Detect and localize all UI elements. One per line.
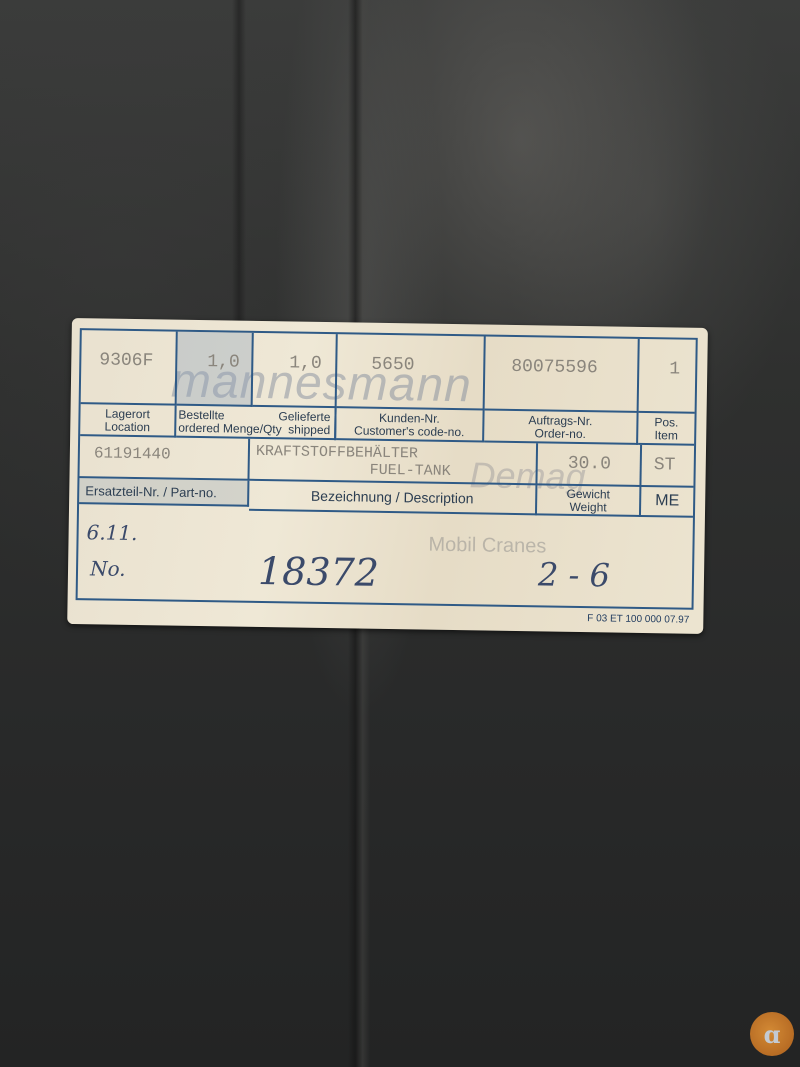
location-cell: 9306F	[81, 330, 178, 405]
handwritten-number: 18372	[258, 549, 380, 595]
weight-caption: Gewicht Weight	[537, 487, 639, 515]
unit-cell: ST	[641, 445, 694, 488]
weight-cell: 30.0	[537, 443, 642, 487]
handwritten-date: 6.11.	[86, 520, 137, 545]
customer-code-cell: 5650	[337, 334, 486, 410]
item-caption-cell: Pos. Item	[638, 413, 694, 446]
order-no-cell: 80075596	[485, 337, 640, 413]
part-no-caption: Ersatzteil-Nr. / Part-no.	[85, 484, 217, 499]
description-caption-cell: Bezeichnung / Description	[249, 481, 537, 516]
shipped-caption: Gelieferte shipped	[278, 410, 330, 437]
location-value: 9306F	[99, 350, 153, 371]
shipped-value: 1,0	[289, 353, 322, 374]
form-code: F 03 ET 100 000 07.97	[587, 613, 689, 626]
ordered-qty-value: 1,0	[207, 352, 240, 373]
customer-code-caption-cell: Kunden-Nr. Customer's code-no.	[336, 408, 484, 442]
part-no-value: 61191440	[94, 444, 171, 463]
description-cell: KRAFTSTOFFBEHÄLTER FUEL-TANK	[249, 439, 538, 486]
label-grid: 9306F 1,0 1,0 5650 80075596 1 Lagerort L…	[76, 328, 698, 610]
item-value: 1	[669, 359, 680, 379]
order-no-caption: Auftrags-Nr. Order-no.	[484, 413, 636, 441]
location-caption: Lagerort Location	[80, 407, 174, 434]
location-caption-cell: Lagerort Location	[80, 404, 176, 438]
unit-caption-cell: ME	[641, 487, 693, 518]
weight-caption-cell: Gewicht Weight	[537, 485, 641, 517]
shipped-cell: 1,0	[253, 333, 338, 408]
dark-streak	[232, 0, 246, 340]
part-no-cell: 61191440	[79, 436, 250, 481]
part-label: mannesmann Demag Mobil Cranes 9306F 1,0 …	[67, 318, 708, 634]
unit-caption: ME	[641, 494, 693, 508]
customer-code-value: 5650	[371, 355, 415, 376]
item-cell: 1	[639, 339, 696, 414]
item-caption: Pos. Item	[638, 416, 694, 443]
crane-network-logo-icon: ɑ	[750, 1012, 794, 1056]
handwritten-no-prefix: No.	[90, 556, 126, 581]
order-no-value: 80075596	[511, 357, 598, 378]
description-line2: FUEL-TANK	[370, 462, 451, 480]
order-no-caption-cell: Auftrags-Nr. Order-no.	[484, 410, 638, 444]
description-caption: Bezeichnung / Description	[249, 489, 535, 506]
ordered-qty-cell: 1,0	[177, 332, 254, 407]
description-line1: KRAFTSTOFFBEHÄLTER	[256, 443, 418, 463]
weight-value: 30.0	[568, 454, 612, 475]
shipped-caption-cell: Gelieferte shipped	[252, 407, 336, 440]
handwritten-range: 2 - 6	[538, 555, 610, 594]
customer-code-caption: Kunden-Nr. Customer's code-no.	[336, 411, 482, 439]
part-no-caption-cell: Ersatzteil-Nr. / Part-no.	[79, 478, 249, 507]
unit-value: ST	[654, 455, 676, 475]
